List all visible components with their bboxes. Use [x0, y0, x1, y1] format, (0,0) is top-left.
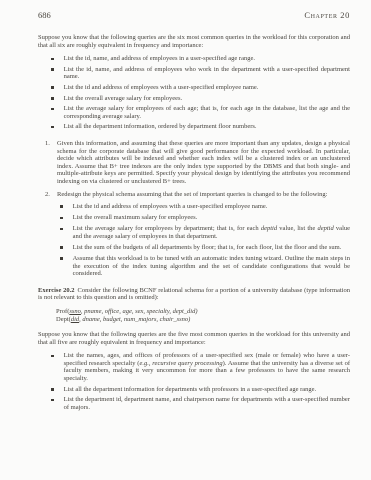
- list-item-text: List the id, name, and address of employ…: [64, 66, 350, 81]
- list-item-text: List the id and address of employees wit…: [64, 84, 350, 92]
- exercise-paragraph: Exercise 20.2Consider the following BCNF…: [38, 287, 350, 302]
- page-number: 686: [38, 10, 51, 20]
- corporate-query-list: List the id, name, and address of employ…: [38, 55, 350, 131]
- list-item: List the id and address of employees wit…: [38, 203, 350, 211]
- list-item-text: List all the department information, ord…: [64, 123, 350, 131]
- primary-key-attribute: did: [71, 316, 79, 323]
- list-item-text: List the sum of the budgets of all depar…: [73, 244, 350, 252]
- list-item-text: List the overall average salary for empl…: [64, 95, 350, 103]
- list-item: List all the department information, ord…: [38, 123, 350, 131]
- italic-term: deptid: [317, 225, 333, 232]
- list-item-text: List the average salary for employees of…: [64, 105, 350, 120]
- bullet-square-icon: [60, 228, 63, 231]
- list-item: List the overall maximum salary for empl…: [38, 214, 350, 222]
- university-query-list: List the names, ages, and offices of pro…: [38, 352, 350, 411]
- list-item: List the average salary for employees of…: [38, 105, 350, 120]
- list-item: List the sum of the budgets of all depar…: [38, 244, 350, 252]
- exercise-label: Exercise 20.2: [38, 287, 75, 294]
- bullet-square-icon: [51, 399, 54, 402]
- relation-name: Dept(: [56, 316, 71, 323]
- numbered-item-label: 2.: [45, 191, 54, 199]
- textbook-page: 686 Chapter 20 Suppose you know that the…: [0, 0, 371, 480]
- list-item-text: List the id, name, and address of employ…: [64, 55, 350, 63]
- list-item: List the id, name, and address of employ…: [38, 66, 350, 81]
- list-item: Assume that this workload is to be tuned…: [38, 255, 350, 278]
- attribute-list: , dname, budget, num_majors, chair_ssno): [79, 316, 190, 323]
- numbered-item-text: Given this information, and assuming tha…: [57, 140, 350, 186]
- bullet-square-icon: [51, 388, 54, 391]
- schema-line-prof: Prof(ssno, pname, office, age, sex, spec…: [56, 308, 350, 316]
- relational-schema-block: Prof(ssno, pname, office, age, sex, spec…: [56, 308, 350, 324]
- list-item-text: List the id and address of employees wit…: [73, 203, 350, 211]
- chapter-heading: Chapter 20: [304, 10, 350, 20]
- exercise-text: Consider the following BCNF relational s…: [38, 287, 350, 302]
- bullet-square-icon: [60, 246, 63, 249]
- numbered-item-1: 1. Given this information, and assuming …: [38, 140, 350, 186]
- list-item-text: List all the department information for …: [64, 386, 350, 394]
- text-segment: List the average salary for employees by…: [73, 225, 261, 232]
- schema-line-dept: Dept(did, dname, budget, num_majors, cha…: [56, 316, 350, 324]
- numbered-item-label: 1.: [45, 140, 54, 186]
- bullet-square-icon: [60, 205, 63, 208]
- list-item: List the average salary for employees by…: [38, 225, 350, 240]
- intro-paragraph-corporate: Suppose you know that the following quer…: [38, 34, 350, 49]
- list-item: List the id and address of employees wit…: [38, 84, 350, 92]
- numbered-item-text: Redesign the physical schema assuming th…: [57, 191, 350, 199]
- list-item: List the id, name, and address of employ…: [38, 55, 350, 63]
- bullet-square-icon: [51, 355, 54, 358]
- list-item: List the department id, department name,…: [38, 396, 350, 411]
- list-item: List all the department information for …: [38, 386, 350, 394]
- intro-paragraph-university: Suppose you know that the following quer…: [38, 331, 350, 346]
- bullet-square-icon: [51, 108, 54, 111]
- list-item-text: List the department id, department name,…: [64, 396, 350, 411]
- bullet-square-icon: [51, 126, 54, 129]
- bullet-square-icon: [60, 217, 63, 220]
- italic-term: e.g., recursive query processing: [139, 360, 222, 367]
- bullet-square-icon: [51, 97, 54, 100]
- relation-name: Prof(: [56, 308, 69, 315]
- text-segment: value, list the: [277, 225, 317, 232]
- list-item-text: List the average salary for employees by…: [73, 225, 350, 240]
- italic-term: deptid: [261, 225, 277, 232]
- page-header: 686 Chapter 20: [38, 10, 350, 20]
- redesign-query-list: List the id and address of employees wit…: [38, 203, 350, 278]
- bullet-square-icon: [60, 257, 63, 260]
- bullet-square-icon: [51, 58, 54, 61]
- primary-key-attribute: ssno: [69, 308, 81, 315]
- list-item-text: List the names, ages, and offices of pro…: [64, 352, 350, 382]
- attribute-list: , pname, office, age, sex, specialty, de…: [81, 308, 198, 315]
- list-item: List the names, ages, and offices of pro…: [38, 352, 350, 382]
- bullet-square-icon: [51, 86, 54, 89]
- numbered-item-2: 2. Redesign the physical schema assuming…: [38, 191, 350, 199]
- list-item-text: Assume that this workload is to be tuned…: [73, 255, 350, 278]
- list-item-text: List the overall maximum salary for empl…: [73, 214, 350, 222]
- list-item: List the overall average salary for empl…: [38, 95, 350, 103]
- bullet-square-icon: [51, 68, 54, 71]
